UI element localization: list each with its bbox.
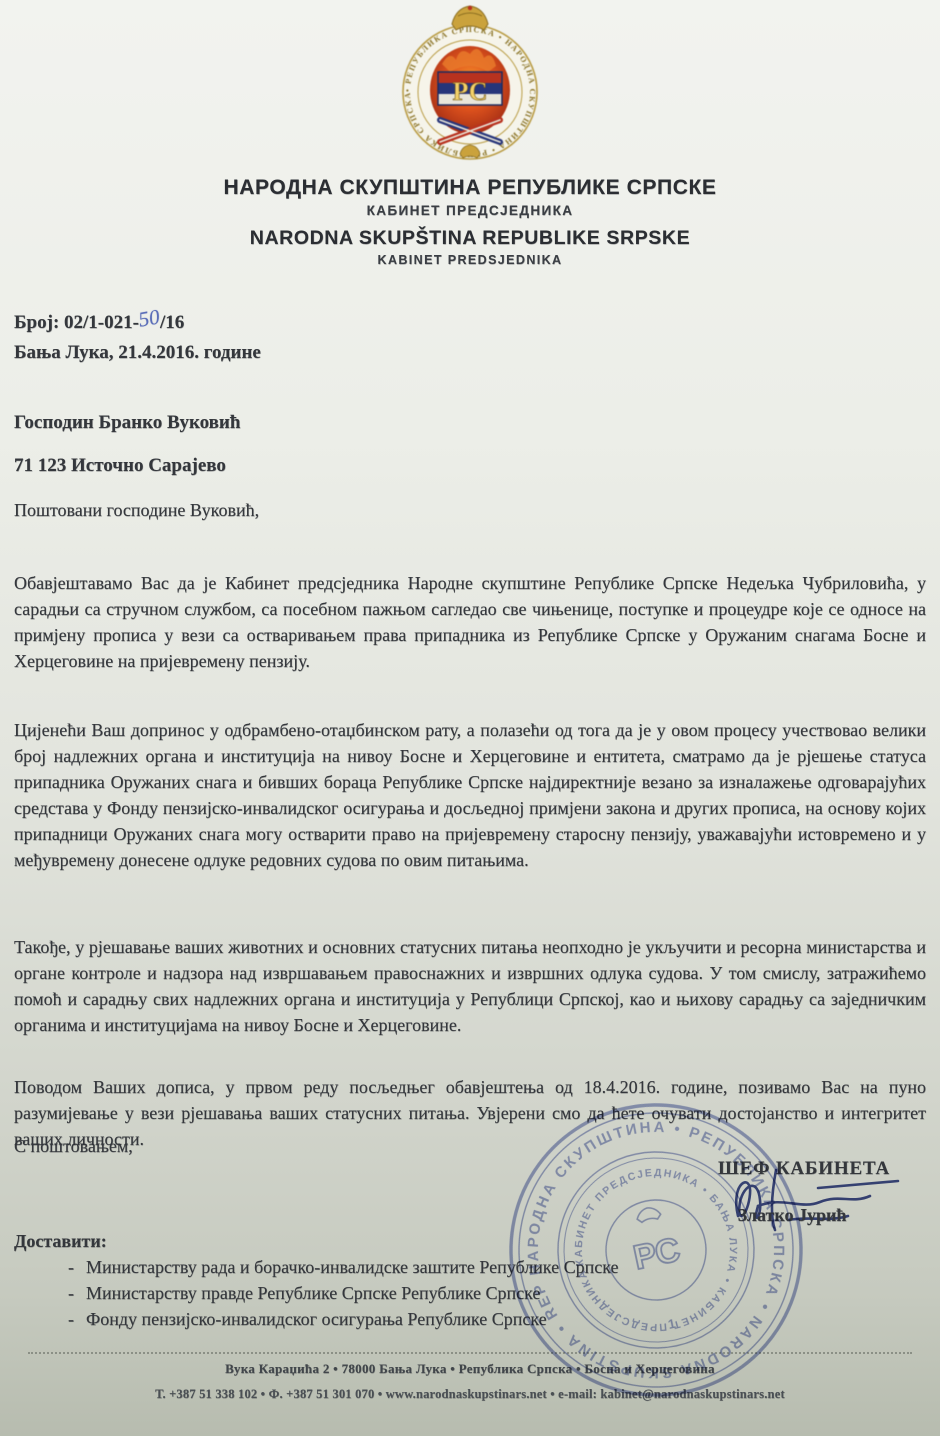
org-name-latin: NARODNA SKUPŠTINA REPUBLIKE SRPSKE [0, 227, 940, 250]
dash-bullet: - [56, 1280, 86, 1306]
body-paragraph-1: Обавјештавамо Вас да је Кабинет предсјед… [14, 570, 926, 674]
letter-page: • РЕПУБЛИКА СРПСКА • НАРОДНА СКУПШТИНА •… [0, 0, 940, 1436]
stamp-monogram: РС [630, 1231, 683, 1278]
dash-bullet: - [56, 1306, 86, 1332]
coat-of-arms-icon: • РЕПУБЛИКА СРПСКА • НАРОДНА СКУПШТИНА •… [390, 2, 550, 172]
footer-contact: Т. +387 51 338 102 • Ф. +387 51 301 070 … [0, 1387, 940, 1402]
reference-number: Број: 02/1-021-50/16 [14, 306, 926, 338]
body-paragraph-3: Такође, у рјешавање ваших животних и осн… [14, 934, 926, 1038]
place-date: Бања Лука, 21.4.2016. године [14, 338, 926, 368]
emblem-monogram: РС [453, 77, 488, 106]
body-paragraph-2: Цијенећи Ваш допринос у одбрамбено-отаџб… [14, 717, 926, 873]
dept-name-cyrillic: КАБИНЕТ ПРЕДСЈЕДНИКА [0, 203, 940, 218]
crown-icon [452, 6, 488, 30]
dept-name-latin: KABINET PREDSJEDNIKA [0, 253, 940, 267]
stamp-crown-icon [635, 1205, 661, 1223]
reference-block: Број: 02/1-021-50/16 Бања Лука, 21.4.201… [14, 306, 926, 368]
dash-bullet: - [56, 1254, 86, 1280]
closing-phrase: С поштовањем, [14, 1136, 926, 1157]
salutation: Поштовани господине Вуковић, [14, 500, 926, 521]
handwritten-number: 50 [136, 301, 162, 334]
addressee-name: Господин Бранко Вуковић [14, 412, 926, 434]
addressee-city: 71 123 Источно Сарајево [14, 455, 926, 477]
org-name-cyrillic: НАРОДНА СКУПШТИНА РЕПУБЛИКЕ СРПСКЕ [0, 176, 940, 200]
official-stamp-icon: НАРОДНА СКУПШТИНА • РЕПУБЛИКА СРПСКА • N… [478, 1072, 834, 1428]
